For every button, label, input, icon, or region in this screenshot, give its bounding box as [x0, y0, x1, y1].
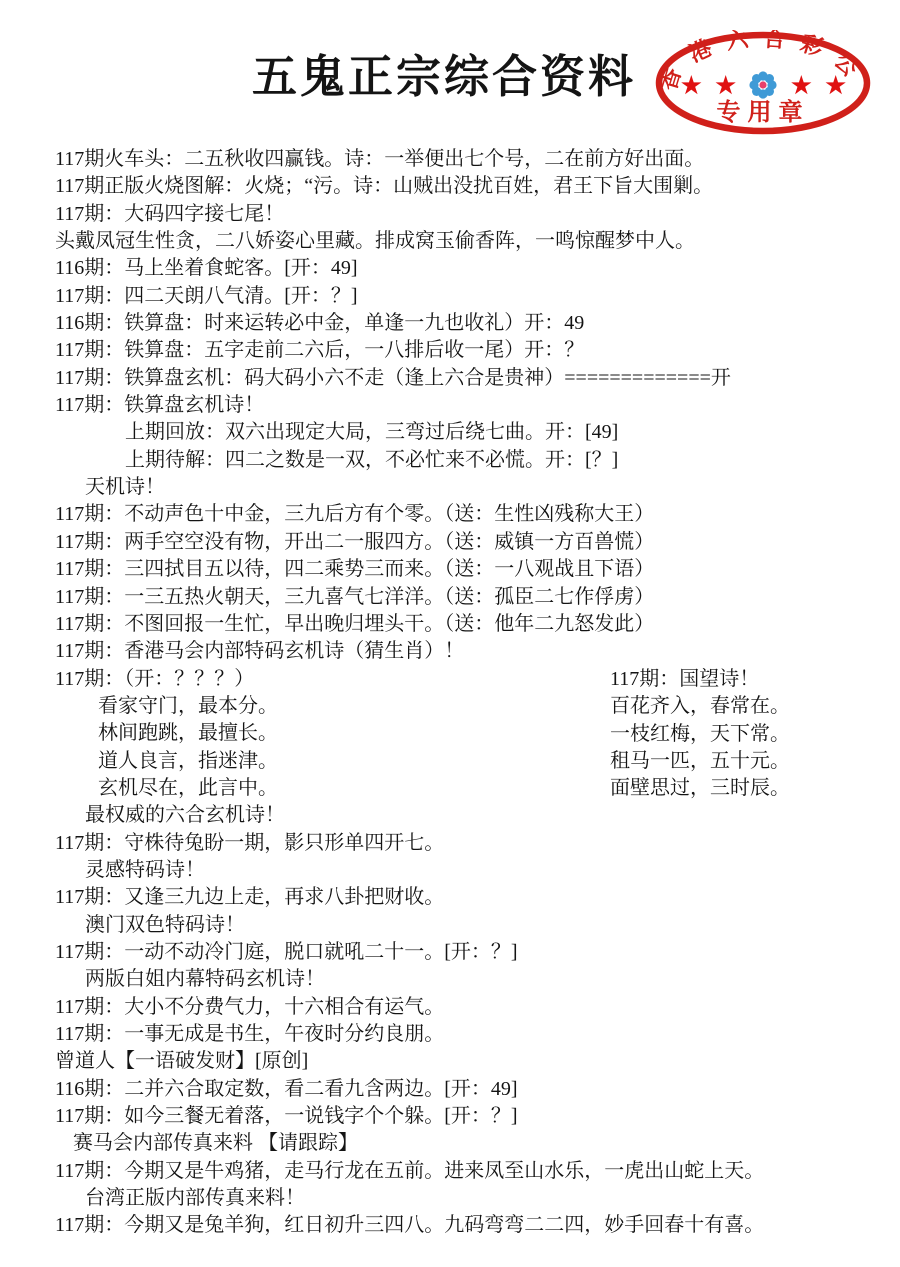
poem-line: 百花齐入，春常在。	[610, 693, 790, 720]
text-line: 117期：今期又是牛鸡猪，走马行龙在五前。进来凤至山水乐，一虎出山蛇上天。	[0, 1158, 900, 1185]
text-line: 117期：不动声色十中金，三九后方有个零。（送：生性凶残称大王）	[0, 501, 900, 528]
text-line: 117期：铁算盘玄机：码大码小六不走（逢上六合是贵神）=============…	[0, 365, 900, 392]
stamp-stars-left: ★ ★	[681, 73, 740, 98]
stamp-bottom-text: 专用章	[717, 98, 810, 126]
text-line: 117期：香港马会内部特码玄机诗（猜生肖）！	[0, 638, 900, 665]
section-header: 赛马会内部传真来料 【请跟踪】	[0, 1130, 900, 1157]
poem-title: 117期：国望诗！	[610, 666, 790, 693]
text-line: 117期：四二天朗八气清。[开：？]	[0, 283, 900, 310]
lottery-info-sheet: 五鬼正宗综合资料 香港六合彩公司 ★ ★ ★ ★ 专用章 117期火车头：二五秋…	[0, 0, 900, 1267]
text-line: 上期回放：双六出现定大局，三弯过后绕七曲。开：[49]	[0, 419, 900, 446]
text-line: 117期：一三五热火朝天，三九喜气七洋洋。（送：孤臣二七作俘虏）	[0, 584, 900, 611]
section-header: 天机诗！	[0, 474, 900, 501]
text-line: 上期待解：四二之数是一双，不必忙来不必慌。开：[？]	[0, 447, 900, 474]
stamp-stars-right: ★ ★	[791, 73, 850, 98]
section-header: 两版白姐内幕特码玄机诗！	[0, 966, 900, 993]
text-line: 117期：大码四字接七尾！	[0, 201, 900, 228]
text-line: 117期：又逢三九边上走，再求八卦把财收。	[0, 884, 900, 911]
poem-line: 面壁思过，三时辰。	[610, 775, 790, 802]
text-line: 117期：大小不分费气力，十六相合有运气。	[0, 994, 900, 1021]
text-line: 116期：马上坐着食蛇客。[开：49]	[0, 255, 900, 282]
text-line: 117期：如今三餐无着落，一说钱字个个躲。[开：？]	[0, 1103, 900, 1130]
text-line: 116期：二并六合取定数，看二看九含两边。[开：49]	[0, 1076, 900, 1103]
text-line: 117期：不图回报一生忙，早出晚归埋头干。（送：他年二九怒发此）	[0, 611, 900, 638]
text-line: 117期：一事无成是书生，午夜时分约良朋。	[0, 1021, 900, 1048]
section-header: 台湾正版内部传真来料！	[0, 1185, 900, 1212]
text-line: 头戴凤冠生性贪，二八娇姿心里藏。排成窝玉偷香阵，一鸣惊醒梦中人。	[0, 228, 900, 255]
text-line: 117期：两手空空没有物，开出二一服四方。（送：威镇一方百兽慌）	[0, 529, 900, 556]
text-line: 117期：铁算盘：五字走前二六后，一八排后收一尾）开：？	[0, 337, 900, 364]
section-header: 灵感特码诗！	[0, 857, 900, 884]
right-poem-column: 117期：国望诗！ 百花齐入，春常在。 一枝红梅，天下常。 租马一匹，五十元。 …	[610, 666, 790, 803]
poem-line: 租马一匹，五十元。	[610, 748, 790, 775]
section-header: 澳门双色特码诗！	[0, 912, 900, 939]
text-line: 116期：铁算盘：时来运转必中金，单逢一九也收礼）开：49	[0, 310, 900, 337]
text-line: 117期：一动不动冷门庭，脱口就吼二十一。[开：？]	[0, 939, 900, 966]
company-stamp: 香港六合彩公司 ★ ★ ★ ★ 专用章	[652, 30, 876, 142]
poem-line: 一枝红梅，天下常。	[610, 721, 790, 748]
text-line: 117期：三四拭目五以待，四二乘势三而来。（送：一八观战且下语）	[0, 556, 900, 583]
text-line: 117期：今期又是兔羊狗，红日初升三四八。九码弯弯二二四，妙手回春十有喜。	[0, 1212, 900, 1239]
text-line: 117期火车头：二五秋收四赢钱。诗：一举便出七个号，二在前方好出面。	[0, 146, 900, 173]
text-line: 117期：守株待兔盼一期，影只形单四开七。	[0, 830, 900, 857]
text-line: 117期正版火烧图解：火烧；“污。诗：山贼出没扰百姓，君王下旨大围剿。	[0, 173, 900, 200]
text-line: 117期：铁算盘玄机诗！	[0, 392, 900, 419]
section-header: 最权威的六合玄机诗！	[0, 802, 900, 829]
page-title: 五鬼正宗综合资料	[252, 40, 636, 105]
text-line: 曾道人【一语破发财】[原创]	[0, 1048, 900, 1075]
flower-icon	[749, 71, 776, 98]
